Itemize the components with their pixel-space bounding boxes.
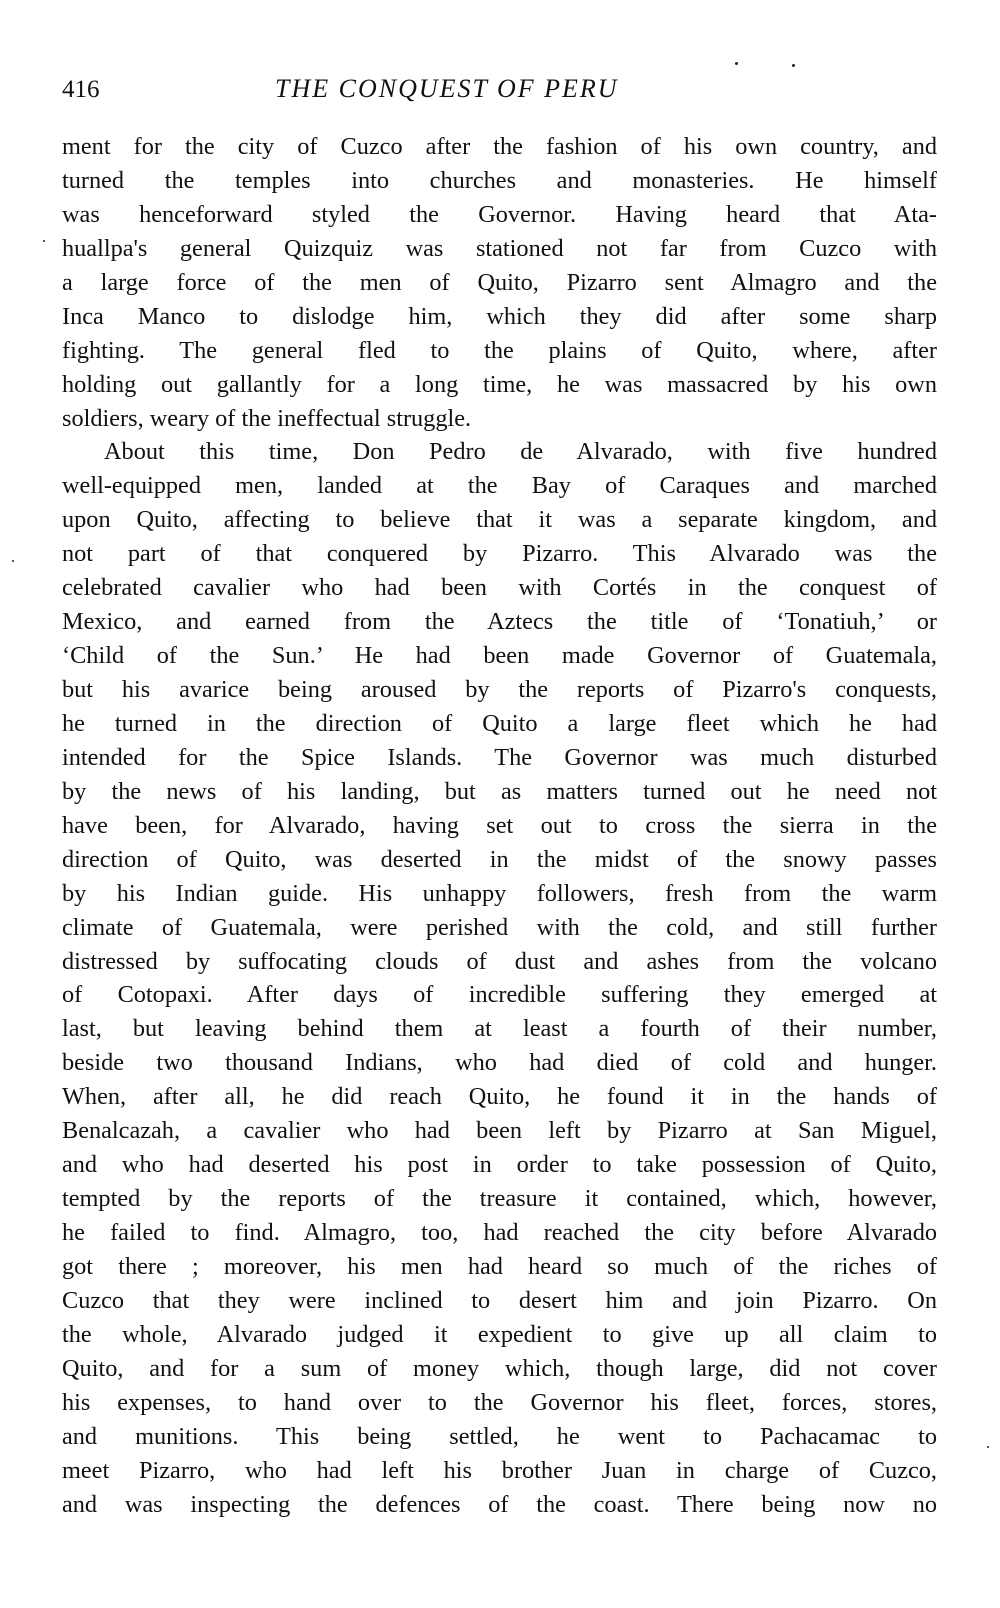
- text-line: huallpa's general Quizquiz was stationed…: [62, 232, 937, 266]
- text-line: Mexico, and earned from the Aztecs the t…: [62, 605, 937, 639]
- text-line: direction of Quito, was deserted in the …: [62, 843, 937, 877]
- text-line: celebrated cavalier who had been with Co…: [62, 571, 937, 605]
- text-line: fighting. The general fled to the plains…: [62, 334, 937, 368]
- page-number: 416: [62, 76, 100, 104]
- scan-speck: [987, 1446, 989, 1448]
- text-line: tempted by the reports of the treasure i…: [62, 1182, 937, 1216]
- text-line: a large force of the men of Quito, Pizar…: [62, 266, 937, 300]
- text-line: well-equipped men, landed at the Bay of …: [62, 469, 937, 503]
- text-line: Benalcazah, a cavalier who had been left…: [62, 1114, 937, 1148]
- scan-speck: [792, 64, 795, 67]
- text-line: got there ; moreover, his men had heard …: [62, 1250, 937, 1284]
- text-line: upon Quito, affecting to believe that it…: [62, 503, 937, 537]
- book-page: 416 THE CONQUEST OF PERU ment for the ci…: [0, 0, 1000, 1608]
- scan-speck: [12, 560, 14, 562]
- text-line: intended for the Spice Islands. The Gove…: [62, 741, 937, 775]
- text-line: by his Indian guide. His unhappy followe…: [62, 877, 937, 911]
- page-header: 416 THE CONQUEST OF PERU: [62, 70, 937, 110]
- text-line: Quito, and for a sum of money which, tho…: [62, 1352, 937, 1386]
- text-line: but his avarice being aroused by the rep…: [62, 673, 937, 707]
- text-line: Inca Manco to dislodge him, which they d…: [62, 300, 937, 334]
- scan-speck: [735, 62, 738, 65]
- text-line: last, but leaving behind them at least a…: [62, 1012, 937, 1046]
- text-line: the whole, Alvarado judged it expedient …: [62, 1318, 937, 1352]
- text-line: Cuzco that they were inclined to desert …: [62, 1284, 937, 1318]
- text-line: he failed to find. Almagro, too, had rea…: [62, 1216, 937, 1250]
- paragraph-1: ment for the city of Cuzco after the fas…: [62, 130, 937, 435]
- text-line: beside two thousand Indians, who had die…: [62, 1046, 937, 1080]
- text-line: When, after all, he did reach Quito, he …: [62, 1080, 937, 1114]
- text-line: ment for the city of Cuzco after the fas…: [62, 130, 937, 164]
- text-line: turned the temples into churches and mon…: [62, 164, 937, 198]
- text-line: distressed by suffocating clouds of dust…: [62, 945, 937, 979]
- text-line: and who had deserted his post in order t…: [62, 1148, 937, 1182]
- paragraph-2: About this time, Don Pedro de Alvarado, …: [62, 435, 937, 1521]
- text-line: meet Pizarro, who had left his brother J…: [62, 1454, 937, 1488]
- text-line: and munitions. This being settled, he we…: [62, 1420, 937, 1454]
- body-text: ment for the city of Cuzco after the fas…: [62, 130, 937, 1521]
- text-line: ‘Child of the Sun.’ He had been made Gov…: [62, 639, 937, 673]
- text-line: holding out gallantly for a long time, h…: [62, 368, 937, 402]
- text-line: of Cotopaxi. After days of incredible su…: [62, 978, 937, 1012]
- text-line: by the news of his landing, but as matte…: [62, 775, 937, 809]
- text-line: and was inspecting the defences of the c…: [62, 1488, 937, 1522]
- text-line: soldiers, weary of the ineffectual strug…: [62, 402, 937, 436]
- text-line: climate of Guatemala, were perished with…: [62, 911, 937, 945]
- running-title: THE CONQUEST OF PERU: [275, 74, 619, 104]
- text-line: was henceforward styled the Governor. Ha…: [62, 198, 937, 232]
- text-line: not part of that conquered by Pizarro. T…: [62, 537, 937, 571]
- text-line: About this time, Don Pedro de Alvarado, …: [62, 435, 937, 469]
- text-line: his expenses, to hand over to the Govern…: [62, 1386, 937, 1420]
- scan-speck: [43, 240, 45, 242]
- text-line: have been, for Alvarado, having set out …: [62, 809, 937, 843]
- text-line: he turned in the direction of Quito a la…: [62, 707, 937, 741]
